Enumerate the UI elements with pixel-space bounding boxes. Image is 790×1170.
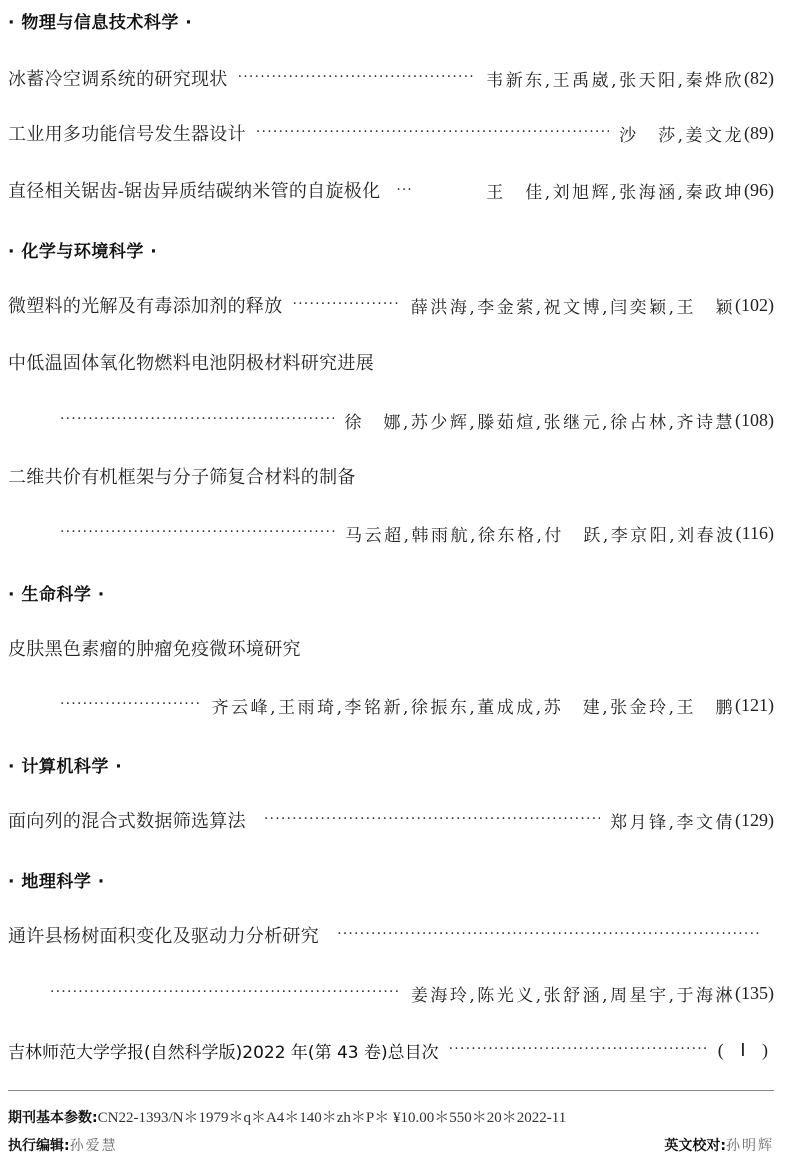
article-title[interactable]: 通许县杨树面积变化及驱动力分析研究 (8, 922, 319, 948)
dot-leader (256, 124, 609, 140)
toc-entry-title-line[interactable]: 中低温固体氧化物燃料电池阴极材料研究进展 (8, 347, 774, 377)
dot-leader (60, 411, 334, 427)
params-label: 期刊基本参数: (8, 1110, 98, 1126)
toc-entry[interactable]: 冰蓄冷空调系统的研究现状 韦新东,王禹崴,张天阳,秦烨欣 (82) (8, 63, 774, 93)
toc-entry[interactable]: 面向列的混合式数据筛选算法 郑月锋,李文倩 (129) (8, 805, 774, 835)
executive-editor: 执行编辑:孙爱慧 (8, 1135, 118, 1155)
toc-entry[interactable]: 直径相关锯齿-锯齿异质结碳纳米管的自旋极化 ··· 王 佳,刘旭辉,张海涵,秦政… (8, 175, 774, 205)
dot-leader (293, 296, 401, 312)
article-title[interactable]: 二维共价有机框架与分子筛复合材料的制备 (8, 463, 356, 489)
section-heading-geography: · 地理科学 · (8, 867, 105, 892)
page-number: (82) (744, 68, 774, 89)
article-authors: 齐云峰,王雨琦,李铭新,徐振东,董成成,苏 建,张金玲,王 鹏 (212, 693, 735, 718)
dot-leader (449, 1041, 708, 1057)
article-authors: 薛洪海,李金萦,祝文博,闫奕颖,王 颖 (411, 293, 735, 318)
page-number: (135) (735, 983, 774, 1004)
section-heading-physics: · 物理与信息技术科学 · (8, 8, 192, 33)
article-title[interactable]: 直径相关锯齿-锯齿异质结碳纳米管的自旋极化 (8, 177, 380, 203)
section-heading-computer-science: · 计算机科学 · (8, 752, 122, 777)
article-title[interactable]: 工业用多功能信号发生器设计 (8, 120, 246, 146)
page-number: (89) (744, 123, 774, 144)
article-authors: 韦新东,王禹崴,张天阳,秦烨欣 (486, 66, 744, 91)
toc-entry-author-line: 姜海玲,陈光义,张舒涵,周星宇,于海淋 (135) (50, 978, 774, 1008)
dot-leader (50, 984, 401, 1000)
toc-entry-author-line: 马云超,韩雨航,徐东格,付 跃,李京阳,刘春波 (116) (60, 518, 774, 548)
page-number: (102) (735, 295, 774, 316)
toc-entry[interactable]: 微塑料的光解及有毒添加剂的释放 薛洪海,李金萦,祝文博,闫奕颖,王 颖 (102… (8, 290, 774, 320)
article-authors: 徐 娜,苏少辉,滕茹煊,张继元,徐占林,齐诗慧 (344, 408, 735, 433)
params-value: CN22-1393/N＊1979＊q＊A4＊140＊zh＊P＊ ¥10.00＊5… (98, 1110, 567, 1126)
dot-leader (264, 811, 600, 827)
dot-leader: ··· (396, 182, 412, 198)
dot-leader (60, 696, 202, 712)
english-proofreader: 英文校对:孙明辉 (664, 1135, 774, 1155)
section-heading-life-science: · 生命科学 · (8, 580, 105, 605)
journal-params: 期刊基本参数:CN22-1393/N＊1979＊q＊A4＊140＊zh＊P＊ ¥… (8, 1106, 566, 1127)
article-title[interactable]: 微塑料的光解及有毒添加剂的释放 (8, 292, 283, 318)
page-number: ( Ⅰ ) (718, 1040, 774, 1061)
page-number: (129) (735, 810, 774, 831)
proofreader-label: 英文校对: (664, 1138, 726, 1154)
page-number: (116) (736, 523, 774, 544)
toc-entry[interactable]: 工业用多功能信号发生器设计 沙 莎,姜文龙 (89) (8, 118, 774, 148)
page-number: (121) (735, 695, 774, 716)
article-authors: 马云超,韩雨航,徐东格,付 跃,李京阳,刘春波 (345, 521, 736, 546)
article-authors: 王 佳,刘旭辉,张海涵,秦政坤 (486, 178, 744, 203)
annual-index-title[interactable]: 吉林师范大学学报(自然科学版)2022 年(第 43 卷)总目次 (8, 1038, 439, 1063)
proofreader-name: 孙明辉 (726, 1138, 774, 1154)
toc-entry-annual-index[interactable]: 吉林师范大学学报(自然科学版)2022 年(第 43 卷)总目次 ( Ⅰ ) (8, 1035, 774, 1065)
article-authors: 姜海玲,陈光义,张舒涵,周星宇,于海淋 (411, 981, 735, 1006)
dot-leader (60, 524, 335, 540)
page-number: (96) (744, 180, 774, 201)
editor-name: 孙爱慧 (70, 1138, 118, 1154)
divider (8, 1090, 774, 1091)
article-title[interactable]: 皮肤黑色素瘤的肿瘤免疫微环境研究 (8, 635, 301, 661)
article-authors: 沙 莎,姜文龙 (619, 121, 744, 146)
dot-leader (337, 926, 762, 942)
page-number: (108) (735, 410, 774, 431)
toc-entry-title-line[interactable]: 通许县杨树面积变化及驱动力分析研究 (8, 920, 762, 950)
dot-leader (238, 69, 477, 85)
toc-entry-title-line[interactable]: 皮肤黑色素瘤的肿瘤免疫微环境研究 (8, 633, 774, 663)
article-title[interactable]: 冰蓄冷空调系统的研究现状 (8, 65, 228, 91)
article-title[interactable]: 中低温固体氧化物燃料电池阴极材料研究进展 (8, 349, 374, 375)
section-heading-chemistry: · 化学与环境科学 · (8, 237, 157, 262)
editor-label: 执行编辑: (8, 1138, 70, 1154)
toc-entry-title-line[interactable]: 二维共价有机框架与分子筛复合材料的制备 (8, 461, 774, 491)
article-authors: 郑月锋,李文倩 (610, 808, 735, 833)
toc-entry-author-line: 齐云峰,王雨琦,李铭新,徐振东,董成成,苏 建,张金玲,王 鹏 (121) (60, 690, 774, 720)
article-title[interactable]: 面向列的混合式数据筛选算法 (8, 807, 246, 833)
toc-entry-author-line: 徐 娜,苏少辉,滕茹煊,张继元,徐占林,齐诗慧 (108) (60, 405, 774, 435)
